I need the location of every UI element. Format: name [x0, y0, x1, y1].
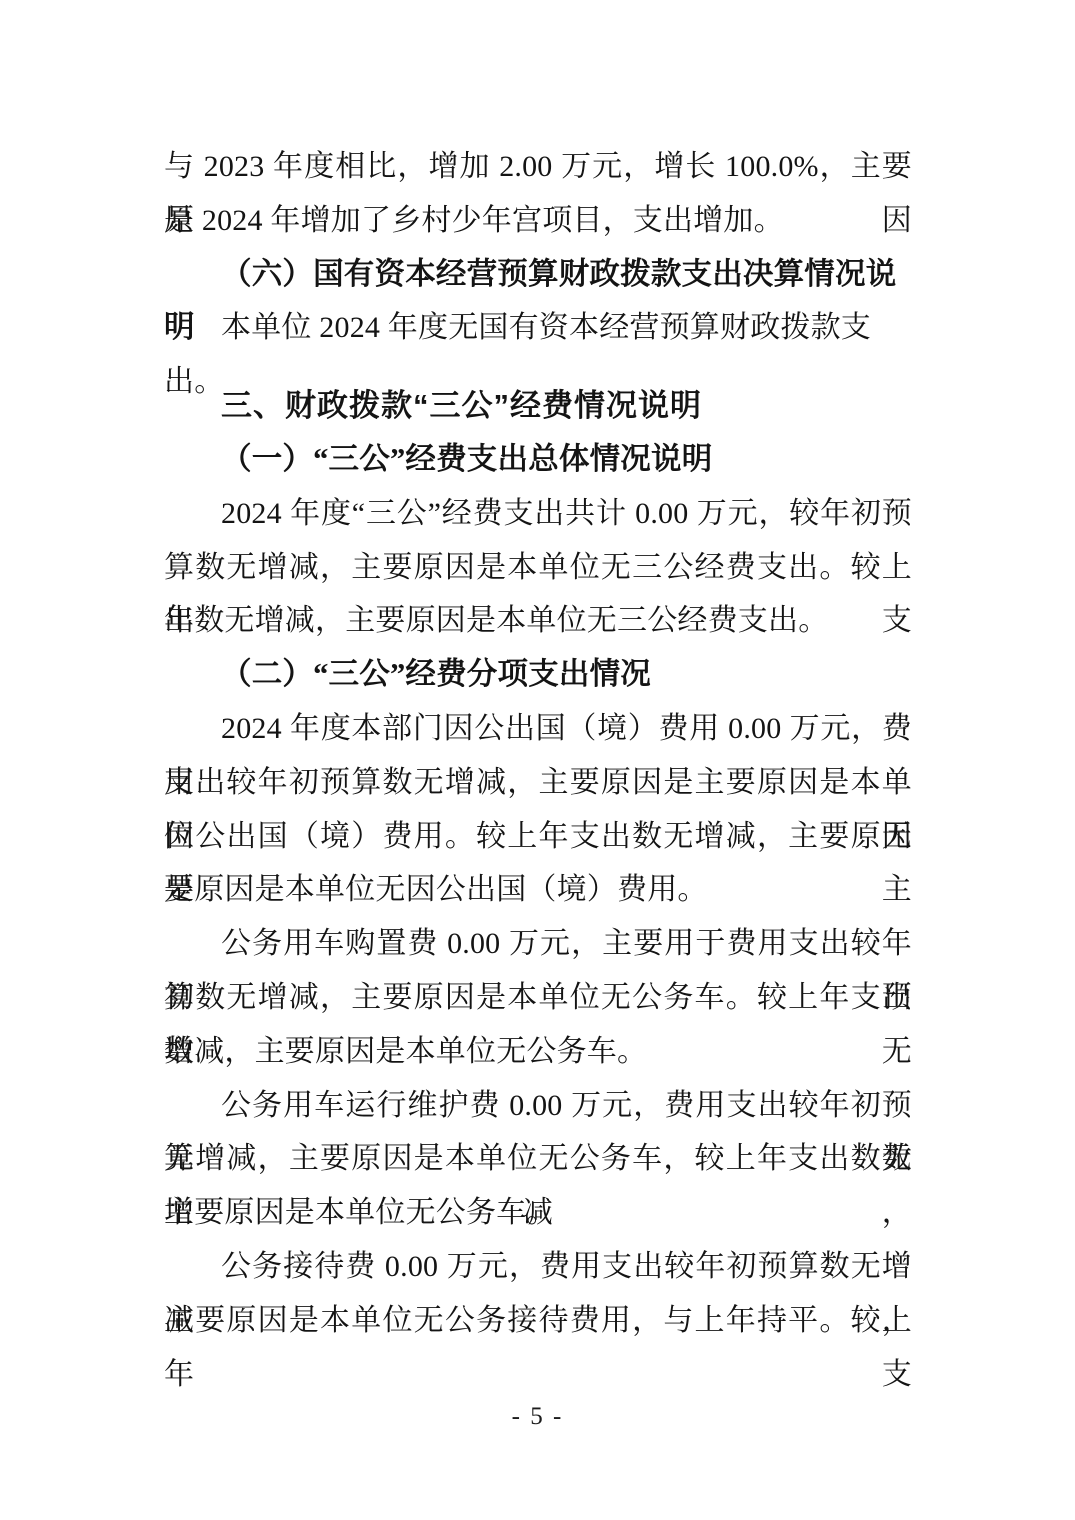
- page-number: - 5 -: [0, 1402, 1075, 1432]
- document-page: 与 2023 年度相比，增加 2.00 万元，增长 100.0%，主要原因 是 …: [0, 0, 1075, 1520]
- text-column: 与 2023 年度相比，增加 2.00 万元，增长 100.0%，主要原因 是 …: [164, 140, 912, 1348]
- body-line: 算数无增减，主要原因是本单位无三公经费支出。较上年支: [164, 541, 912, 595]
- body-line: 本单位 2024 年度无国有资本经营预算财政拨款支出。: [164, 301, 912, 355]
- heading-state-capital-budget: （六）国有资本经营预算财政拨款支出决算情况说明: [164, 248, 912, 302]
- body-line: 公务用车购置费 0.00 万元，主要用于费用支出较年初预: [164, 917, 912, 971]
- body-line: 公务接待费 0.00 万元，费用支出较年初预算数无增减，: [164, 1240, 912, 1294]
- heading-overall-expenditure: （一）“三公”经费支出总体情况说明: [164, 433, 912, 487]
- body-line: 算数无增减，主要原因是本单位无公务车。较上年支出数无: [164, 971, 912, 1025]
- body-line: 主要原因是本单位无公务接待费用，与上年持平。较上年支: [164, 1294, 912, 1348]
- body-line: 与 2023 年度相比，增加 2.00 万元，增长 100.0%，主要原因: [164, 140, 912, 194]
- body-line: 2024 年度本部门因公出国（境）费用 0.00 万元，费用: [164, 702, 912, 756]
- body-line: 因公出国（境）费用。较上年支出数无增减，主要原因是主: [164, 810, 912, 864]
- heading-three-public-funds: 三、财政拨款“三公”经费情况说明: [164, 379, 912, 433]
- body-line: 无增减，主要原因是本单位无公务车，较上年支出数无增减，: [164, 1132, 912, 1186]
- body-line: 支出较年初预算数无增减，主要原因是主要原因是本单位无: [164, 756, 912, 810]
- body-line: 公务用车运行维护费 0.00 万元，费用支出较年初预算数: [164, 1079, 912, 1133]
- body-line: 2024 年度“三公”经费支出共计 0.00 万元，较年初预: [164, 487, 912, 541]
- body-line: 出数无增减，主要原因是本单位无三公经费支出。: [164, 594, 912, 648]
- heading-itemized-expenditure: （二）“三公”经费分项支出情况: [164, 648, 912, 702]
